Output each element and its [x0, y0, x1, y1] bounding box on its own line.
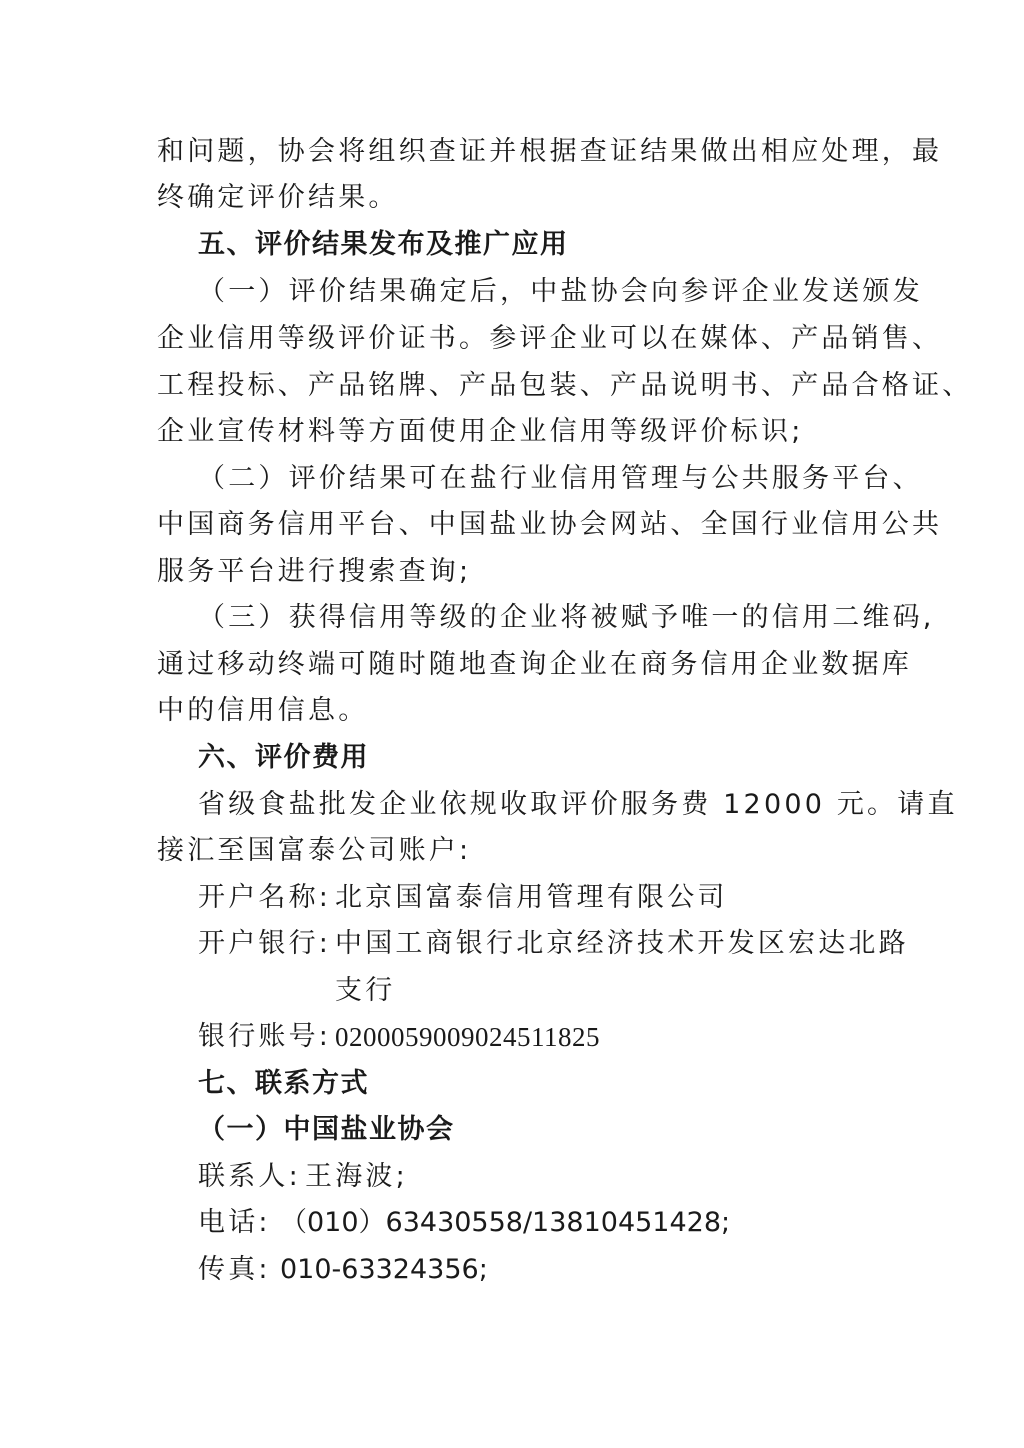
section5-item3-line-2: 通过移动终端可随时随地查询企业在商务信用企业数据库 — [157, 648, 912, 682]
fee-line-1: 省级食盐批发企业依规收取评价服务费 12000 元。请直 — [198, 788, 958, 822]
section6-heading: 六、评价费用 — [198, 741, 369, 775]
section5-item1-line-3: 工程投标、产品铭牌、产品包装、产品说明书、产品合格证、 — [157, 369, 972, 403]
section7-heading: 七、联系方式 — [198, 1067, 369, 1101]
fax-label: 传真: — [198, 1253, 271, 1287]
section5-item2-line-3: 服务平台进行搜索查询; — [157, 555, 471, 589]
fax-value: 010-63324356; — [280, 1253, 488, 1287]
phone-label: 电话: — [198, 1206, 271, 1240]
bank-value-line-1: 中国工商银行北京经济技术开发区宏达北路 — [335, 927, 909, 961]
account-name-label: 开户名称: — [198, 881, 331, 915]
fee-line-2: 接汇至国富泰公司账户: — [157, 834, 471, 868]
section7-subheading: （一）中国盐业协会 — [198, 1113, 455, 1147]
section5-item2-line-1: （二）评价结果可在盐行业信用管理与公共服务平台、 — [198, 462, 923, 496]
phone-value: （010）63430558/13810451428; — [280, 1206, 730, 1240]
account-name-value: 北京国富泰信用管理有限公司 — [335, 881, 728, 915]
account-no-value: 0200059009024511825 — [335, 1020, 600, 1054]
contact-value: 王海波; — [305, 1160, 408, 1194]
section5-item3-line-1: （三）获得信用等级的企业将被赋予唯一的信用二维码, — [198, 601, 935, 635]
intro-line-1: 和问题，协会将组织查证并根据查证结果做出相应处理，最 — [157, 135, 942, 169]
account-no-label: 银行账号: — [198, 1020, 331, 1054]
section5-heading: 五、评价结果发布及推广应用 — [198, 228, 569, 262]
section5-item1-line-1: （一）评价结果确定后，中盐协会向参评企业发送颁发 — [198, 275, 923, 309]
section5-item1-line-2: 企业信用等级评价证书。参评企业可以在媒体、产品销售、 — [157, 322, 942, 356]
intro-line-2: 终确定评价结果。 — [157, 181, 399, 215]
bank-value-line-2: 支行 — [335, 974, 395, 1008]
section5-item1-line-4: 企业宣传材料等方面使用企业信用等级评价标识; — [157, 415, 804, 449]
bank-label: 开户银行: — [198, 927, 331, 961]
section5-item3-line-3: 中的信用信息。 — [157, 694, 368, 728]
contact-label: 联系人: — [198, 1160, 301, 1194]
section5-item2-line-2: 中国商务信用平台、中国盐业协会网站、全国行业信用公共 — [157, 508, 942, 542]
